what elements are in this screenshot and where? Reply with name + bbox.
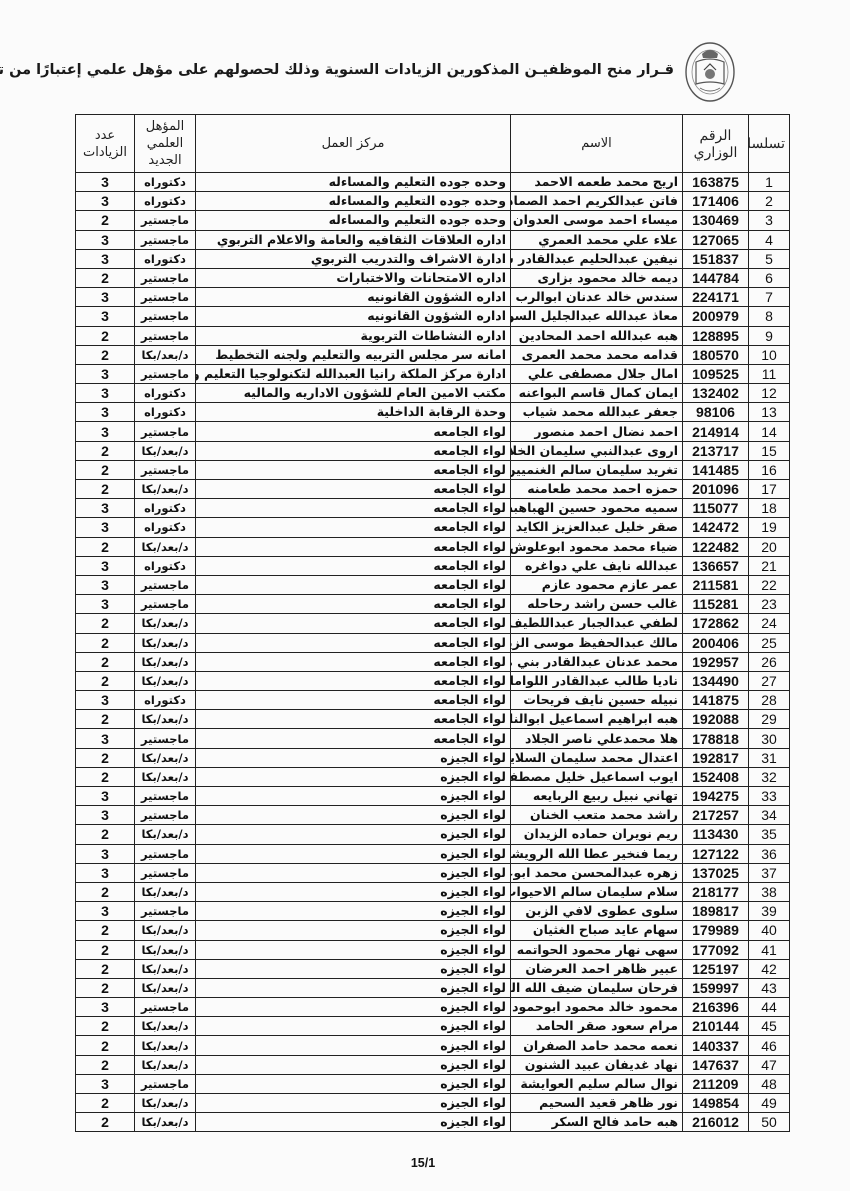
cell-qualification: ماجستير: [135, 326, 196, 345]
cell-qualification: د/بعد/بكا: [135, 345, 196, 364]
cell-increments: 2: [76, 882, 135, 901]
cell-qualification: د/بعد/بكا: [135, 1055, 196, 1074]
cell-increments: 2: [76, 460, 135, 479]
cell-increments: 2: [76, 345, 135, 364]
table-row: 43159997فرحان سليمان ضيف الله السلايطهلو…: [76, 978, 790, 997]
cell-seq: 6: [749, 268, 790, 287]
cell-workplace: ادارة مركز الملكة رانيا العبدالله لتكنول…: [196, 364, 511, 383]
cell-increments: 2: [76, 441, 135, 460]
cell-workplace: لواء الجامعه: [196, 729, 511, 748]
table-body: 1163875اريج محمد طعمه الاحمدوحده جوده ال…: [76, 173, 790, 1132]
cell-workplace: اداره النشاطات التربوية: [196, 326, 511, 345]
cell-increments: 2: [76, 480, 135, 499]
cell-ministry-id: 130469: [683, 211, 749, 230]
cell-increments: 2: [76, 710, 135, 729]
cell-seq: 48: [749, 1074, 790, 1093]
cell-workplace: لواء الجامعه: [196, 460, 511, 479]
cell-qualification: د/بعد/بكا: [135, 978, 196, 997]
cell-seq: 32: [749, 767, 790, 786]
table-row: 5151837نيفين عبدالحليم عبدالقادر سليمادا…: [76, 249, 790, 268]
cell-increments: 2: [76, 921, 135, 940]
table-row: 26192957محمد عدنان عبدالقادر بني مفرجلوا…: [76, 652, 790, 671]
cell-workplace: اداره الامتحانات والاختبارات: [196, 268, 511, 287]
cell-workplace: لواء الجامعه: [196, 518, 511, 537]
cell-seq: 12: [749, 384, 790, 403]
cell-increments: 2: [76, 978, 135, 997]
cell-qualification: ماجستير: [135, 288, 196, 307]
cell-ministry-id: 171406: [683, 192, 749, 211]
cell-seq: 41: [749, 940, 790, 959]
cell-qualification: ماجستير: [135, 460, 196, 479]
cell-name: سهى نهار محمود الحواتمه: [511, 940, 683, 959]
table-row: 42125197عبير ظاهر احمد العرضانلواء الجيز…: [76, 959, 790, 978]
cell-name: اروى عبدالنبي سليمان الخلايفه: [511, 441, 683, 460]
cell-name: احمد نضال احمد منصور: [511, 422, 683, 441]
cell-ministry-id: 125197: [683, 959, 749, 978]
cell-seq: 7: [749, 288, 790, 307]
cell-increments: 3: [76, 403, 135, 422]
cell-ministry-id: 213717: [683, 441, 749, 460]
cell-workplace: لواء الجيزه: [196, 844, 511, 863]
cell-name: هبه ابراهيم اسماعيل ابوالنادي: [511, 710, 683, 729]
cell-seq: 29: [749, 710, 790, 729]
cell-ministry-id: 151837: [683, 249, 749, 268]
cell-increments: 3: [76, 729, 135, 748]
table-row: 1163875اريج محمد طعمه الاحمدوحده جوده ال…: [76, 173, 790, 192]
cell-name: فرحان سليمان ضيف الله السلايطه: [511, 978, 683, 997]
cell-workplace: لواء الجيزه: [196, 978, 511, 997]
cell-name: عبير ظاهر احمد العرضان: [511, 959, 683, 978]
cell-qualification: ماجستير: [135, 806, 196, 825]
cell-qualification: د/بعد/بكا: [135, 441, 196, 460]
cell-seq: 31: [749, 748, 790, 767]
cell-seq: 23: [749, 595, 790, 614]
cell-seq: 43: [749, 978, 790, 997]
cell-seq: 17: [749, 480, 790, 499]
cell-name: ناديا طالب عبدالقادر اللواما: [511, 671, 683, 690]
cell-name: ريم نويران حماده الزيدان: [511, 825, 683, 844]
cell-name: علاء علي محمد العمري: [511, 230, 683, 249]
cell-workplace: لواء الجامعه: [196, 691, 511, 710]
document-page: قـرار منح الموظفيـن المذكورين الزيادات ا…: [0, 0, 850, 1191]
cell-ministry-id: 152408: [683, 767, 749, 786]
cell-seq: 39: [749, 902, 790, 921]
cell-name: نيفين عبدالحليم عبدالقادر سليم: [511, 249, 683, 268]
table-row: 38218177سلام سليمان سالم الاحيواتلواء ال…: [76, 882, 790, 901]
cell-ministry-id: 140337: [683, 1036, 749, 1055]
cell-workplace: لواء الجيزه: [196, 825, 511, 844]
column-header-workplace: مركز العمل: [196, 115, 511, 173]
cell-increments: 3: [76, 806, 135, 825]
cell-name: قدامه محمد محمد العمرى: [511, 345, 683, 364]
cell-workplace: وحدة الرقابة الداخلية: [196, 403, 511, 422]
table-row: 12132402ايمان كمال قاسم البواعنهمكتب الا…: [76, 384, 790, 403]
cell-seq: 3: [749, 211, 790, 230]
cell-qualification: د/بعد/بكا: [135, 652, 196, 671]
ministry-emblem-icon: [684, 40, 736, 104]
cell-qualification: د/بعد/بكا: [135, 959, 196, 978]
cell-workplace: لواء الجيزه: [196, 1074, 511, 1093]
cell-name: عمر عازم محمود عازم: [511, 575, 683, 594]
cell-name: ريما فنخير عطا الله الرويشد الزبن: [511, 844, 683, 863]
table-row: 1398106جعفر عبدالله محمد شيابوحدة الرقاب…: [76, 403, 790, 422]
cell-name: عبدالله نايف علي دواغره: [511, 556, 683, 575]
table-row: 4127065علاء علي محمد العمرياداره العلاقا…: [76, 230, 790, 249]
cell-qualification: د/بعد/بكا: [135, 921, 196, 940]
cell-increments: 3: [76, 863, 135, 882]
table-row: 9128895هبه عبدالله احمد المحاديناداره ال…: [76, 326, 790, 345]
cell-ministry-id: 192817: [683, 748, 749, 767]
cell-workplace: لواء الجامعه: [196, 614, 511, 633]
table-row: 37137025زهره عبدالمحسن محمد ابوعمرولواء …: [76, 863, 790, 882]
cell-workplace: لواء الجامعه: [196, 633, 511, 652]
cell-name: محمد عدنان عبدالقادر بني مفرج: [511, 652, 683, 671]
cell-qualification: ماجستير: [135, 575, 196, 594]
cell-workplace: لواء الجيزه: [196, 959, 511, 978]
cell-qualification: د/بعد/بكا: [135, 1017, 196, 1036]
cell-ministry-id: 115077: [683, 499, 749, 518]
cell-seq: 13: [749, 403, 790, 422]
cell-name: سندس خالد عدنان ابوالرب: [511, 288, 683, 307]
cell-ministry-id: 127122: [683, 844, 749, 863]
cell-workplace: مكتب الامين العام للشؤون الاداريه والمال…: [196, 384, 511, 403]
table-row: 31192817اعتدال محمد سليمان السلايطهلواء …: [76, 748, 790, 767]
cell-increments: 2: [76, 633, 135, 652]
cell-seq: 8: [749, 307, 790, 326]
cell-name: تهاني نبيل ربيع الربايعه: [511, 787, 683, 806]
cell-workplace: اداره الشؤون القانونيه: [196, 307, 511, 326]
cell-workplace: لواء الجامعه: [196, 480, 511, 499]
cell-qualification: ماجستير: [135, 902, 196, 921]
cell-name: نور ظاهر قعيد السحيم: [511, 1094, 683, 1113]
cell-workplace: لواء الجيزه: [196, 1017, 511, 1036]
cell-workplace: لواء الجيزه: [196, 748, 511, 767]
table-row: 7224171سندس خالد عدنان ابوالرباداره الشؤ…: [76, 288, 790, 307]
cell-qualification: ماجستير: [135, 230, 196, 249]
cell-name: راشد محمد متعب الخنان: [511, 806, 683, 825]
cell-ministry-id: 194275: [683, 787, 749, 806]
cell-name: نعمه محمد حامد الصفران: [511, 1036, 683, 1055]
cell-name: نهاد غديفان عبيد الشنون: [511, 1055, 683, 1074]
cell-workplace: امانه سر مجلس التربيه والتعليم ولجنه الت…: [196, 345, 511, 364]
cell-workplace: لواء الجيزه: [196, 882, 511, 901]
cell-ministry-id: 179989: [683, 921, 749, 940]
cell-increments: 2: [76, 1036, 135, 1055]
table-row: 49149854نور ظاهر قعيد السحيملواء الجيزهد…: [76, 1094, 790, 1113]
cell-ministry-id: 192957: [683, 652, 749, 671]
cell-name: سلام سليمان سالم الاحيوات: [511, 882, 683, 901]
cell-increments: 3: [76, 998, 135, 1017]
cell-workplace: لواء الجيزه: [196, 787, 511, 806]
table-row: 33194275تهاني نبيل ربيع الربايعهلواء الج…: [76, 787, 790, 806]
cell-seq: 40: [749, 921, 790, 940]
cell-increments: 3: [76, 499, 135, 518]
cell-qualification: ماجستير: [135, 268, 196, 287]
cell-name: زهره عبدالمحسن محمد ابوعمرو: [511, 863, 683, 882]
cell-increments: 2: [76, 1113, 135, 1132]
cell-qualification: د/بعد/بكا: [135, 1113, 196, 1132]
cell-name: فاتن عبدالكريم احمد الصمادي: [511, 192, 683, 211]
cell-increments: 3: [76, 364, 135, 383]
cell-seq: 26: [749, 652, 790, 671]
cell-increments: 3: [76, 902, 135, 921]
cell-workplace: لواء الجيزه: [196, 863, 511, 882]
cell-increments: 3: [76, 307, 135, 326]
cell-ministry-id: 211209: [683, 1074, 749, 1093]
cell-qualification: ماجستير: [135, 422, 196, 441]
cell-increments: 3: [76, 173, 135, 192]
cell-ministry-id: 177092: [683, 940, 749, 959]
cell-name: نوال سالم سليم العوايشة: [511, 1074, 683, 1093]
cell-ministry-id: 141485: [683, 460, 749, 479]
cell-name: سهام عايد صباح الغثيان: [511, 921, 683, 940]
cell-ministry-id: 144784: [683, 268, 749, 287]
cell-increments: 2: [76, 940, 135, 959]
cell-workplace: لواء الجامعه: [196, 441, 511, 460]
table-row: 39189817سلوى عطوى لافي الزبنلواء الجيزهم…: [76, 902, 790, 921]
table-row: 30178818هلا محمدعلي ناصر الجلادلواء الجا…: [76, 729, 790, 748]
cell-seq: 46: [749, 1036, 790, 1055]
cell-increments: 3: [76, 787, 135, 806]
cell-qualification: ماجستير: [135, 1074, 196, 1093]
cell-qualification: د/بعد/بكا: [135, 825, 196, 844]
table-row: 8200979معاذ عبدالله عبدالجليل السواعيراد…: [76, 307, 790, 326]
cell-qualification: ماجستير: [135, 211, 196, 230]
cell-workplace: لواء الجيزه: [196, 1055, 511, 1074]
cell-ministry-id: 142472: [683, 518, 749, 537]
cell-seq: 16: [749, 460, 790, 479]
cell-ministry-id: 122482: [683, 537, 749, 556]
cell-workplace: اداره العلاقات الثقافيه والعامة والاعلام…: [196, 230, 511, 249]
table-row: 34217257راشد محمد متعب الخنانلواء الجيزه…: [76, 806, 790, 825]
cell-ministry-id: 172862: [683, 614, 749, 633]
table-row: 17201096حمزه احمد محمد طعامنهلواء الجامع…: [76, 480, 790, 499]
cell-seq: 42: [749, 959, 790, 978]
cell-qualification: د/بعد/بكا: [135, 767, 196, 786]
column-header-increments: عدد الزيادات: [76, 115, 135, 173]
cell-seq: 49: [749, 1094, 790, 1113]
cell-workplace: لواء الجيزه: [196, 1094, 511, 1113]
cell-ministry-id: 224171: [683, 288, 749, 307]
cell-increments: 2: [76, 211, 135, 230]
table-row: 18115077سميه محمود حسين الهباهبهلواء الج…: [76, 499, 790, 518]
table-row: 22211581عمر عازم محمود عازملواء الجامعهم…: [76, 575, 790, 594]
cell-increments: 2: [76, 1055, 135, 1074]
cell-seq: 21: [749, 556, 790, 575]
cell-qualification: دكتوراه: [135, 173, 196, 192]
cell-workplace: لواء الجامعه: [196, 652, 511, 671]
cell-seq: 1: [749, 173, 790, 192]
cell-ministry-id: 137025: [683, 863, 749, 882]
cell-name: سلوى عطوى لافي الزبن: [511, 902, 683, 921]
cell-workplace: وحده جوده التعليم والمساءله: [196, 211, 511, 230]
cell-qualification: ماجستير: [135, 863, 196, 882]
column-header-name: الاسم: [511, 115, 683, 173]
cell-increments: 2: [76, 1017, 135, 1036]
cell-ministry-id: 217257: [683, 806, 749, 825]
cell-increments: 2: [76, 1094, 135, 1113]
cell-ministry-id: 113430: [683, 825, 749, 844]
cell-increments: 2: [76, 652, 135, 671]
cell-increments: 2: [76, 537, 135, 556]
cell-name: نبيله حسين نايف فريحات: [511, 691, 683, 710]
cell-name: جعفر عبدالله محمد شياب: [511, 403, 683, 422]
table-row: 10180570قدامه محمد محمد العمرىامانه سر م…: [76, 345, 790, 364]
employees-table: تسلسل الرقم الوزاري الاسم مركز العمل الم…: [75, 114, 790, 1132]
cell-ministry-id: 180570: [683, 345, 749, 364]
table-row: 20122482ضياء محمد محمود ابوعلوشلواء الجا…: [76, 537, 790, 556]
cell-ministry-id: 109525: [683, 364, 749, 383]
cell-qualification: د/بعد/بكا: [135, 710, 196, 729]
table-row: 28141875نبيله حسين نايف فريحاتلواء الجام…: [76, 691, 790, 710]
cell-name: ميساء احمد موسى العدوان: [511, 211, 683, 230]
cell-workplace: لواء الجيزه: [196, 998, 511, 1017]
cell-qualification: ماجستير: [135, 844, 196, 863]
cell-name: ايمان كمال قاسم البواعنه: [511, 384, 683, 403]
cell-name: لطفي عبدالجبار عبداللطيف الخطيب: [511, 614, 683, 633]
cell-seq: 38: [749, 882, 790, 901]
cell-workplace: لواء الجيزه: [196, 940, 511, 959]
cell-qualification: ماجستير: [135, 307, 196, 326]
cell-ministry-id: 201096: [683, 480, 749, 499]
cell-qualification: د/بعد/بكا: [135, 480, 196, 499]
cell-ministry-id: 98106: [683, 403, 749, 422]
cell-qualification: د/بعد/بكا: [135, 633, 196, 652]
column-header-qualification: المؤهل العلمي الجديد: [135, 115, 196, 173]
table-row: 15213717اروى عبدالنبي سليمان الخلايفهلوا…: [76, 441, 790, 460]
cell-increments: 3: [76, 230, 135, 249]
cell-increments: 2: [76, 748, 135, 767]
cell-qualification: دكتوراه: [135, 192, 196, 211]
cell-workplace: لواء الجامعه: [196, 575, 511, 594]
cell-ministry-id: 200406: [683, 633, 749, 652]
cell-increments: 3: [76, 422, 135, 441]
cell-ministry-id: 132402: [683, 384, 749, 403]
cell-workplace: لواء الجيزه: [196, 902, 511, 921]
cell-increments: 3: [76, 249, 135, 268]
cell-workplace: لواء الجيزه: [196, 921, 511, 940]
cell-name: اريج محمد طعمه الاحمد: [511, 173, 683, 192]
cell-seq: 36: [749, 844, 790, 863]
table-row: 36127122ريما فنخير عطا الله الرويشد الزب…: [76, 844, 790, 863]
cell-seq: 5: [749, 249, 790, 268]
cell-ministry-id: 115281: [683, 595, 749, 614]
cell-ministry-id: 189817: [683, 902, 749, 921]
cell-seq: 47: [749, 1055, 790, 1074]
cell-increments: 2: [76, 614, 135, 633]
cell-workplace: لواء الجامعه: [196, 422, 511, 441]
cell-increments: 2: [76, 671, 135, 690]
cell-ministry-id: 141875: [683, 691, 749, 710]
cell-seq: 44: [749, 998, 790, 1017]
table-row: 24172862لطفي عبدالجبار عبداللطيف الخطيبل…: [76, 614, 790, 633]
table-row: 40179989سهام عايد صباح الغثيانلواء الجيز…: [76, 921, 790, 940]
table-row: 46140337نعمه محمد حامد الصفرانلواء الجيز…: [76, 1036, 790, 1055]
table-row: 50216012هبه حامد فالح السكرلواء الجيزهد/…: [76, 1113, 790, 1132]
cell-ministry-id: 218177: [683, 882, 749, 901]
cell-increments: 3: [76, 691, 135, 710]
cell-workplace: وحده جوده التعليم والمساءله: [196, 173, 511, 192]
table-row: 6144784ديمه خالد محمود بزارىاداره الامتح…: [76, 268, 790, 287]
cell-name: ضياء محمد محمود ابوعلوش: [511, 537, 683, 556]
table-row: 35113430ريم نويران حماده الزيدانلواء الج…: [76, 825, 790, 844]
cell-name: حمزه احمد محمد طعامنه: [511, 480, 683, 499]
cell-ministry-id: 216396: [683, 998, 749, 1017]
cell-seq: 28: [749, 691, 790, 710]
cell-name: معاذ عبدالله عبدالجليل السواعير: [511, 307, 683, 326]
table-row: 19142472صقر خليل عبدالعزيز الكايدلواء ال…: [76, 518, 790, 537]
table-row: 32152408ايوب اسماعيل خليل مصطفىلواء الجي…: [76, 767, 790, 786]
cell-qualification: د/بعد/بكا: [135, 537, 196, 556]
cell-qualification: ماجستير: [135, 787, 196, 806]
cell-workplace: اداره الشؤون القانونيه: [196, 288, 511, 307]
column-header-seq: تسلسل: [749, 115, 790, 173]
cell-ministry-id: 149854: [683, 1094, 749, 1113]
cell-workplace: لواء الجامعه: [196, 537, 511, 556]
cell-seq: 15: [749, 441, 790, 460]
page-number: 15/1: [405, 1156, 441, 1170]
cell-name: سميه محمود حسين الهباهبه: [511, 499, 683, 518]
table-row: 11109525امال جلال مصطفى عليادارة مركز ال…: [76, 364, 790, 383]
cell-increments: 3: [76, 595, 135, 614]
cell-increments: 2: [76, 959, 135, 978]
table-row: 48211209نوال سالم سليم العوايشةلواء الجي…: [76, 1074, 790, 1093]
cell-ministry-id: 127065: [683, 230, 749, 249]
table-row: 21136657عبدالله نايف علي دواغرهلواء الجا…: [76, 556, 790, 575]
table-row: 47147637نهاد غديفان عبيد الشنونلواء الجي…: [76, 1055, 790, 1074]
page-title: قـرار منح الموظفيـن المذكورين الزيادات ا…: [82, 62, 674, 84]
cell-ministry-id: 128895: [683, 326, 749, 345]
cell-name: محمود خالد محمود ابوحمود: [511, 998, 683, 1017]
cell-increments: 2: [76, 825, 135, 844]
cell-seq: 14: [749, 422, 790, 441]
cell-workplace: لواء الجيزه: [196, 806, 511, 825]
table-row: 44216396محمود خالد محمود ابوحمودلواء الج…: [76, 998, 790, 1017]
table-row: 29192088هبه ابراهيم اسماعيل ابوالناديلوا…: [76, 710, 790, 729]
cell-qualification: ماجستير: [135, 364, 196, 383]
cell-ministry-id: 159997: [683, 978, 749, 997]
table-row: 41177092سهى نهار محمود الحواتمهلواء الجي…: [76, 940, 790, 959]
cell-workplace: وحده جوده التعليم والمساءله: [196, 192, 511, 211]
cell-ministry-id: 134490: [683, 671, 749, 690]
cell-qualification: ماجستير: [135, 595, 196, 614]
table-header-row: تسلسل الرقم الوزاري الاسم مركز العمل الم…: [76, 115, 790, 173]
cell-seq: 50: [749, 1113, 790, 1132]
cell-seq: 34: [749, 806, 790, 825]
cell-seq: 25: [749, 633, 790, 652]
cell-seq: 35: [749, 825, 790, 844]
cell-qualification: د/بعد/بكا: [135, 1036, 196, 1055]
table-row: 23115281غالب حسن راشد رحاحلهلواء الجامعه…: [76, 595, 790, 614]
cell-increments: 2: [76, 326, 135, 345]
cell-increments: 3: [76, 288, 135, 307]
cell-seq: 27: [749, 671, 790, 690]
table-row: 2171406فاتن عبدالكريم احمد الصماديوحده ج…: [76, 192, 790, 211]
cell-name: غالب حسن راشد رحاحله: [511, 595, 683, 614]
cell-increments: 3: [76, 1074, 135, 1093]
cell-ministry-id: 136657: [683, 556, 749, 575]
cell-ministry-id: 214914: [683, 422, 749, 441]
cell-increments: 3: [76, 192, 135, 211]
cell-ministry-id: 192088: [683, 710, 749, 729]
cell-seq: 45: [749, 1017, 790, 1036]
cell-qualification: دكتوراه: [135, 556, 196, 575]
cell-increments: 3: [76, 518, 135, 537]
cell-name: امال جلال مصطفى علي: [511, 364, 683, 383]
cell-seq: 22: [749, 575, 790, 594]
cell-ministry-id: 200979: [683, 307, 749, 326]
cell-ministry-id: 163875: [683, 173, 749, 192]
